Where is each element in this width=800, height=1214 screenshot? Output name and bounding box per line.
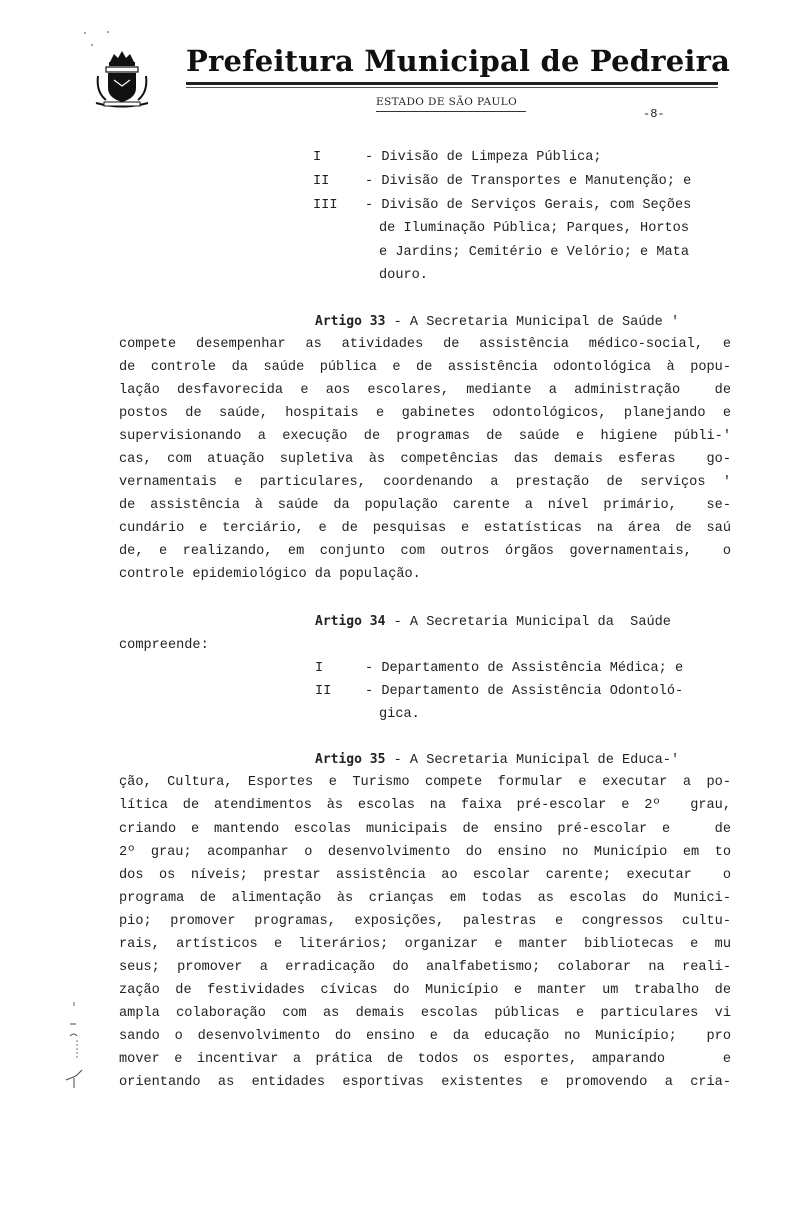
- article-33-opening: Artigo 33 - A Secretaria Municipal de Sa…: [315, 314, 679, 331]
- subtitle-rule: [376, 111, 526, 112]
- paragraph-line: pio; promover programas, exposições, pal…: [119, 914, 731, 930]
- list-item-text: gica.: [379, 707, 420, 723]
- list-numeral: III: [313, 198, 337, 213]
- paragraph-line: de controle da saúde pública e de assist…: [119, 360, 731, 376]
- paragraph-line: compete desempenhar as atividades de ass…: [119, 337, 731, 353]
- list-numeral: II: [315, 684, 331, 699]
- paragraph-line: orientando as entidades esportivas exist…: [119, 1075, 731, 1091]
- paragraph-line: rais, artísticos e literários; organizar…: [119, 937, 731, 953]
- paragraph-line: lação desfavorecida e aos escolares, med…: [119, 383, 731, 399]
- list-item-text: de Iluminação Pública; Parques, Hortos: [379, 221, 689, 237]
- list-item-text: - Departamento de Assistência Médica; e: [365, 661, 683, 677]
- paragraph-line: criando e mantendo escolas municipais de…: [119, 822, 731, 838]
- paragraph-line: postos de saúde, hospitais e gabinetes o…: [119, 406, 731, 422]
- header-rule-thin: [186, 87, 718, 88]
- paragraph-line: vernamentais e particulares, coordenando…: [119, 475, 731, 491]
- list-item-text: - Departamento de Assistência Odontoló-: [365, 684, 683, 700]
- paragraph-line: dos os níveis; prestar assistência ao es…: [119, 868, 731, 884]
- paragraph-line: mover e incentivar a prática de todos os…: [119, 1052, 731, 1068]
- page-number: -8-: [643, 107, 665, 121]
- paragraph-line: compreende:: [119, 638, 209, 654]
- paragraph-line: cundário e terciário, e de pesquisas e e…: [119, 521, 731, 537]
- paragraph-line: supervisionando a execução de programas …: [119, 429, 731, 445]
- paragraph-line: ampla colaboração com as demais escolas …: [119, 1006, 731, 1022]
- paragraph-line: lítica de atendimentos às escolas na fai…: [119, 798, 731, 814]
- paragraph-line: ção, Cultura, Esportes e Turismo compete…: [119, 775, 731, 791]
- list-numeral: II: [313, 174, 329, 189]
- list-item-text: douro.: [379, 268, 428, 284]
- list-item-text: - Divisão de Serviços Gerais, com Seções: [365, 198, 691, 214]
- municipal-crest-icon: [92, 48, 152, 110]
- paragraph-line: cas, com atuação supletiva às competênci…: [119, 452, 731, 468]
- paragraph-line: controle epidemiológico da população.: [119, 567, 421, 583]
- list-item-text: - Divisão de Limpeza Pública;: [365, 150, 602, 166]
- list-numeral: I: [315, 661, 323, 676]
- paragraph-line: programa de alimentação às crianças em t…: [119, 891, 731, 907]
- scan-specks: [82, 30, 122, 50]
- paragraph-line: zação de festividades cívicas do Municíp…: [119, 983, 731, 999]
- article-34-opening: Artigo 34 - A Secretaria Municipal da Sa…: [315, 614, 671, 631]
- list-item-text: - Divisão de Transportes e Manutenção; e: [365, 174, 691, 190]
- document-title: Prefeitura Municipal de Pedreira: [186, 44, 730, 78]
- article-35-opening: Artigo 35 - A Secretaria Municipal de Ed…: [315, 752, 679, 769]
- state-subtitle: ESTADO DE SÃO PAULO: [376, 96, 517, 108]
- paragraph-line: sando o desenvolvimento do ensino e da e…: [119, 1029, 731, 1045]
- article-34-heading: Artigo 34: [315, 614, 385, 629]
- list-item-text: e Jardins; Cemitério e Velório; e Mata: [379, 245, 689, 261]
- list-numeral: I: [313, 150, 321, 165]
- article-33-heading: Artigo 33: [315, 314, 385, 329]
- paragraph-line: de, e realizando, em conjunto com outros…: [119, 544, 731, 560]
- article-35-heading: Artigo 35: [315, 752, 385, 767]
- paragraph-line: seus; promover a erradicação do analfabe…: [119, 960, 731, 976]
- margin-scan-marks: [62, 1000, 92, 1100]
- paragraph-line: de assistência à saúde da população care…: [119, 498, 731, 514]
- header-rule: [186, 82, 718, 85]
- paragraph-line: 2º grau; acompanhar o desenvolvimento do…: [119, 845, 731, 861]
